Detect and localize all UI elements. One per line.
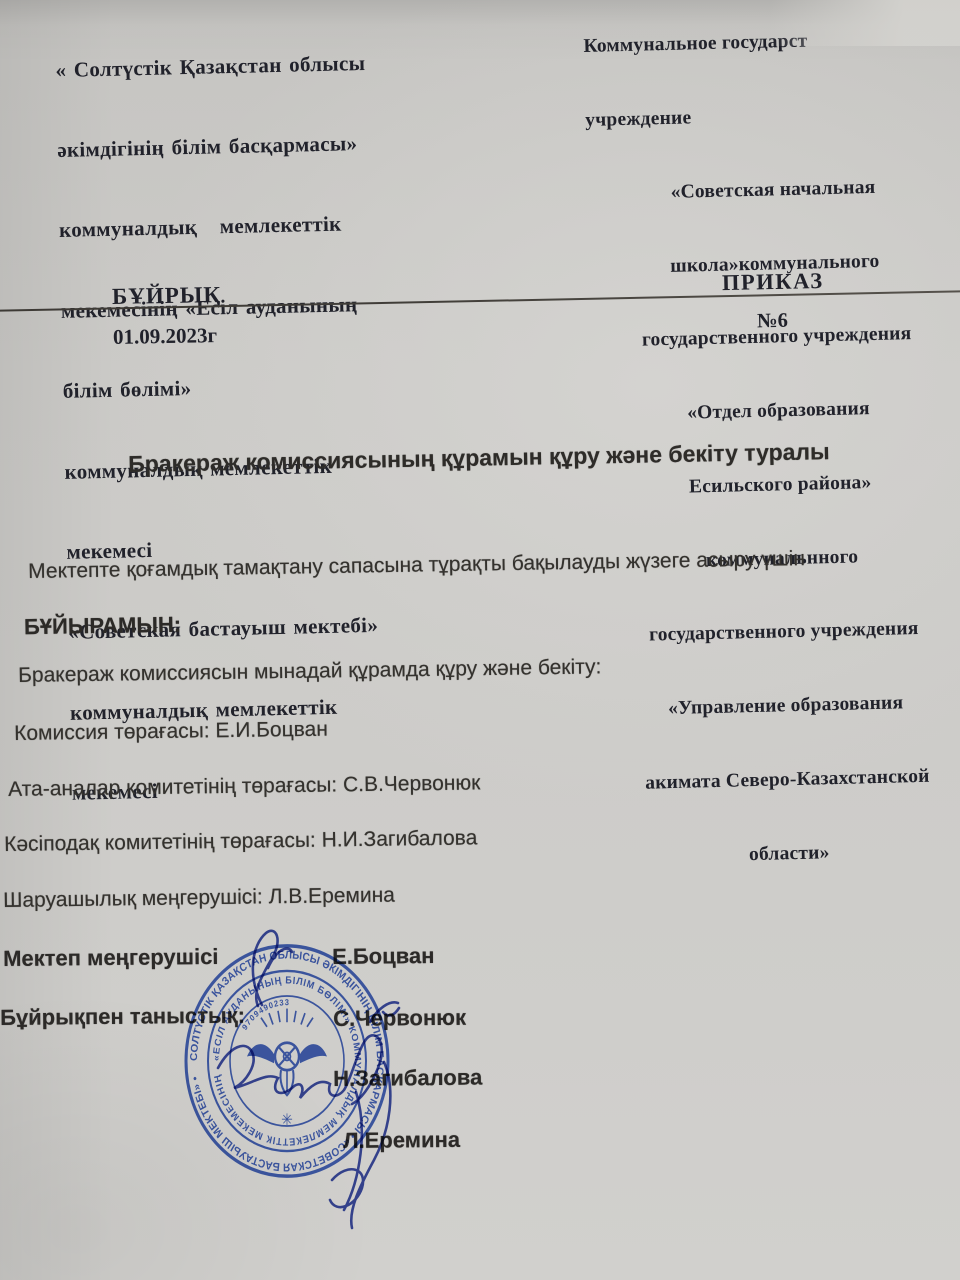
org-line: Есильского района» — [594, 469, 960, 503]
photo-overexposure-wash — [770, 0, 960, 46]
signature-ink — [180, 900, 460, 1240]
photographed-order-document: { "doc": { "header": { "left_org": { "li… — [0, 0, 960, 1280]
org-line: «Отдел образования — [592, 395, 960, 429]
org-line: « Солтүстік Қазақстан облысы — [55, 49, 406, 84]
order-label-russian: ПРИКАЗ — [722, 268, 824, 296]
commission-member-line: Комиссия төрағасы: Е.И.Боцван — [14, 718, 328, 746]
org-line: «Управление образования — [599, 690, 960, 724]
org-line: учреждение — [585, 100, 957, 134]
letterhead-left-org: « Солтүстік Қазақстан облысы әкімдігінің… — [54, 0, 423, 833]
org-line: әкімдігінің білім басқармасы» — [57, 129, 408, 164]
order-number: №6 — [757, 310, 788, 334]
signature-stroke — [351, 1062, 390, 1228]
order-date: 01.09.2023г — [113, 323, 217, 350]
signature-stroke — [253, 931, 278, 1006]
org-line: «Советская начальная — [587, 174, 959, 208]
org-line: акимата Северо-Казахстанской — [601, 764, 960, 798]
org-line: коммуналдық мемлекеттік — [59, 209, 410, 244]
org-line: области» — [603, 837, 960, 871]
org-line: білім бөлімі» — [63, 370, 414, 405]
decree-word: БҰЙЫРАМЫН: — [24, 612, 181, 640]
org-line: государственного учреждения — [598, 616, 960, 650]
signature-stroke — [370, 1002, 399, 1022]
